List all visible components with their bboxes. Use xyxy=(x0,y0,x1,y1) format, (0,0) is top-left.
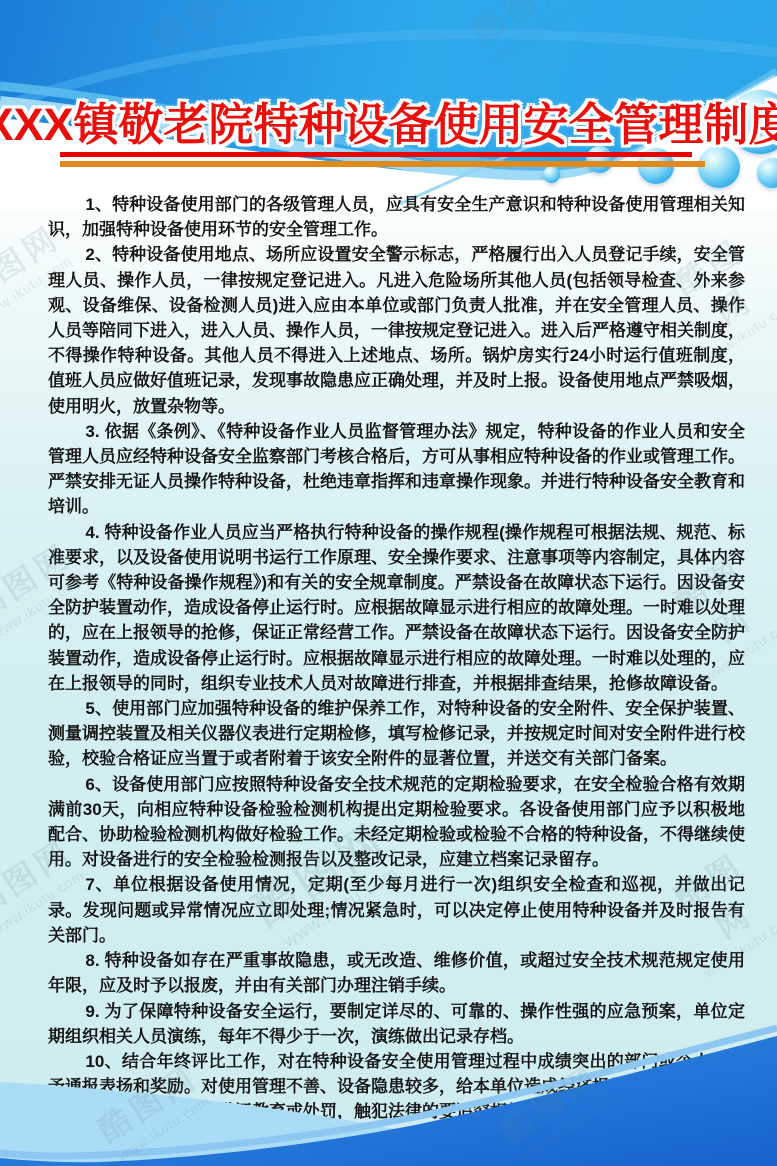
rule-paragraph-10: 10、结合年终评比工作，对在特种设备安全使用管理过程中成绩突出的部门或个人，给予… xyxy=(48,1049,745,1125)
rule-paragraph-1: 1、特种设备使用部门的各级管理人员，应具有安全生产意识和特种设备使用管理相关知识… xyxy=(48,192,745,242)
rule-paragraph-5: 5、使用部门应加强特种设备的维护保养工作，对特种设备的安全附件、安全保护装置、测… xyxy=(48,696,745,772)
rule-paragraph-2: 2、特种设备使用地点、场所应设置安全警示标志，严格履行出入人员登记手续，安全管理… xyxy=(48,242,745,418)
rule-paragraph-6: 6、设备使用部门应按照特种设备安全技术规范的定期检验要求，在安全检验合格有效期满… xyxy=(48,772,745,873)
rule-paragraph-8: 8. 特种设备如存在严重事故隐患，或无改造、维修价值，或超过安全技术规范规定使用… xyxy=(48,948,745,998)
title-underline-orange xyxy=(60,161,705,167)
rule-paragraph-9: 9. 为了保障特种设备安全运行，要制定详尽的、可靠的、操作性强的应急预案，单位定… xyxy=(48,999,745,1049)
rule-paragraph-3: 3. 依据《条例》、《特种设备作业人员监督管理办法》规定，特种设备的作业人员和安… xyxy=(48,419,745,520)
rule-paragraph-4: 4. 特种设备作业人员应当严格执行特种设备的操作规程(操作规程可根据法规、规范、… xyxy=(48,520,745,696)
rule-paragraph-7: 7、单位根据设备使用情况，定期(至少每月进行一次)组织安全检查和巡视，并做出记录… xyxy=(48,872,745,948)
poster-title: XXX镇敬老院特种设备使用安全管理制度 xyxy=(0,88,777,153)
rules-text-block: 1、特种设备使用部门的各级管理人员，应具有安全生产意识和特种设备使用管理相关知识… xyxy=(0,178,777,1125)
safety-regulation-poster: XXX镇敬老院特种设备使用安全管理制度 1、特种设备使用部门的各级管理人员，应具… xyxy=(0,0,777,1166)
